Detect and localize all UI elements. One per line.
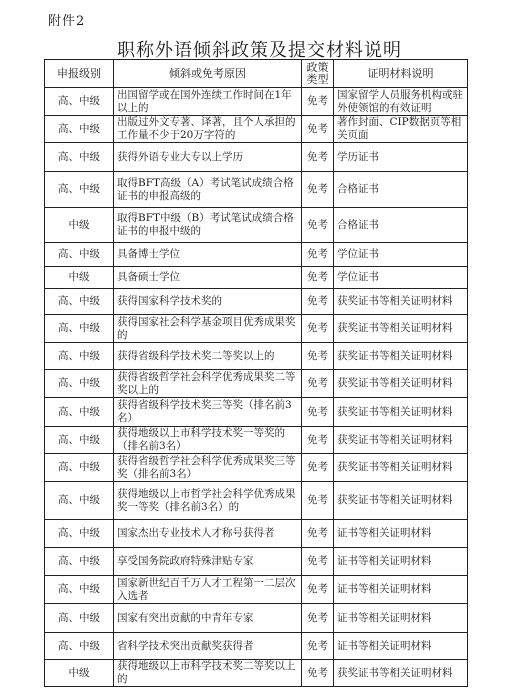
row-reason: 获得省级科学技术奖二等奖以上的 bbox=[114, 343, 302, 370]
row-proof: 证书等相关证明材料 bbox=[334, 520, 468, 548]
row-reason: 获得国家科学技术奖的 bbox=[114, 289, 302, 315]
row-reason: 获得省级科学技术奖三等奖（排名前3名） bbox=[114, 398, 302, 427]
row-proof: 获奖证书等相关证明材料 bbox=[334, 398, 468, 427]
header-type-line2: 类型 bbox=[302, 74, 333, 86]
table-row: 高、中级获得省级科学技术奖三等奖（排名前3名）免考获奖证书等相关证明材料 bbox=[45, 398, 468, 427]
row-level: 高、中级 bbox=[45, 576, 114, 604]
row-policy-type: 免考 bbox=[302, 172, 334, 208]
table-row: 高、中级获得地级以上市科学技术奖一等奖的（排名前3名）免考获奖证书等相关证明材料 bbox=[45, 427, 468, 454]
row-proof: 证书等相关证明材料 bbox=[334, 604, 468, 633]
table-row: 高、中级省科学技术突出贡献奖获得者免考证书等相关证明材料 bbox=[45, 633, 468, 660]
row-proof: 学位证书 bbox=[334, 243, 468, 267]
row-policy-type: 免考 bbox=[302, 267, 334, 289]
header-type-line1: 政策 bbox=[302, 62, 333, 74]
row-reason: 获得省级哲学社会科学优秀成果奖三等奖（排名前3名） bbox=[114, 454, 302, 482]
row-level: 高、中级 bbox=[45, 143, 114, 172]
row-proof: 证书等相关证明材料 bbox=[334, 576, 468, 604]
table-row: 高、中级国家有突出贡献的中青年专家免考证书等相关证明材料 bbox=[45, 604, 468, 633]
table-row: 高、中级获得地级以上市哲学社会科学优秀成果奖一等奖（排名前3名）的免考获奖证书等… bbox=[45, 482, 468, 520]
table-row: 高、中级取得BFT高级（A）考试笔试成绩合格证书的申报高级的免考合格证书 bbox=[45, 172, 468, 208]
row-policy-type: 免考 bbox=[302, 482, 334, 520]
row-policy-type: 免考 bbox=[302, 520, 334, 548]
row-proof: 获奖证书等相关证明材料 bbox=[334, 660, 468, 687]
row-reason: 省科学技术突出贡献奖获得者 bbox=[114, 633, 302, 660]
row-reason: 具备硕士学位 bbox=[114, 267, 302, 289]
header-level: 申报级别 bbox=[45, 60, 114, 88]
row-level: 高、中级 bbox=[45, 116, 114, 143]
row-policy-type: 免考 bbox=[302, 88, 334, 116]
header-reason: 倾斜或免考原因 bbox=[114, 60, 302, 88]
row-level: 高、中级 bbox=[45, 172, 114, 208]
row-level: 高、中级 bbox=[45, 633, 114, 660]
row-reason: 获得国家社会科学基金项目优秀成果奖的 bbox=[114, 315, 302, 343]
table-row: 中级获得地级以上市科学技术奖二等奖以上的免考获奖证书等相关证明材料 bbox=[45, 660, 468, 687]
attachment-label: 附件2 bbox=[48, 10, 85, 29]
row-level: 高、中级 bbox=[45, 520, 114, 548]
row-policy-type: 免考 bbox=[302, 576, 334, 604]
row-reason: 出国留学或在国外连续工作时间在1年以上的 bbox=[114, 88, 302, 116]
row-level: 中级 bbox=[45, 208, 114, 243]
row-level: 高、中级 bbox=[45, 289, 114, 315]
row-proof: 合格证书 bbox=[334, 172, 468, 208]
table-row: 中级具备硕士学位免考学位证书 bbox=[45, 267, 468, 289]
row-reason: 国家新世纪百千万人才工程第一二层次入选者 bbox=[114, 576, 302, 604]
table-row: 高、中级获得国家社会科学基金项目优秀成果奖的免考获奖证书等相关证明材料 bbox=[45, 315, 468, 343]
row-reason: 获得外语专业大专以上学历 bbox=[114, 143, 302, 172]
table-row: 高、中级享受国务院政府特殊津贴专家免考证书等相关证明材料 bbox=[45, 548, 468, 576]
row-reason: 获得地级以上市科学技术奖二等奖以上的 bbox=[114, 660, 302, 687]
table-row: 高、中级出国留学或在国外连续工作时间在1年以上的免考国家留学人员服务机构或驻外使… bbox=[45, 88, 468, 116]
row-reason: 获得地级以上市哲学社会科学优秀成果奖一等奖（排名前3名）的 bbox=[114, 482, 302, 520]
row-reason: 出版过外文专著、译著，且个人承担的工作量不少于20万字符的 bbox=[114, 116, 302, 143]
row-proof: 获奖证书等相关证明材料 bbox=[334, 427, 468, 454]
row-level: 高、中级 bbox=[45, 315, 114, 343]
row-level: 高、中级 bbox=[45, 88, 114, 116]
row-level: 高、中级 bbox=[45, 398, 114, 427]
table-row: 高、中级国家新世纪百千万人才工程第一二层次入选者免考证书等相关证明材料 bbox=[45, 576, 468, 604]
row-policy-type: 免考 bbox=[302, 243, 334, 267]
table-row: 高、中级出版过外文专著、译著，且个人承担的工作量不少于20万字符的免考著作封面、… bbox=[45, 116, 468, 143]
table-row: 高、中级获得外语专业大专以上学历免考学历证书 bbox=[45, 143, 468, 172]
row-policy-type: 免考 bbox=[302, 398, 334, 427]
row-level: 中级 bbox=[45, 267, 114, 289]
row-reason: 取得BFT中级（B）考试笔试成绩合格证书的申报中级的 bbox=[114, 208, 302, 243]
row-policy-type: 免考 bbox=[302, 315, 334, 343]
row-proof: 学位证书 bbox=[334, 267, 468, 289]
row-level: 高、中级 bbox=[45, 427, 114, 454]
row-proof: 获奖证书等相关证明材料 bbox=[334, 482, 468, 520]
table-row: 高、中级获得省级哲学社会科学优秀成果奖三等奖（排名前3名）免考获奖证书等相关证明… bbox=[45, 454, 468, 482]
row-proof: 证书等相关证明材料 bbox=[334, 633, 468, 660]
row-reason: 取得BFT高级（A）考试笔试成绩合格证书的申报高级的 bbox=[114, 172, 302, 208]
row-level: 高、中级 bbox=[45, 482, 114, 520]
row-level: 高、中级 bbox=[45, 243, 114, 267]
row-level: 高、中级 bbox=[45, 343, 114, 370]
row-level: 中级 bbox=[45, 660, 114, 687]
row-proof: 证书等相关证明材料 bbox=[334, 548, 468, 576]
row-reason: 国家杰出专业技术人才称号获得者 bbox=[114, 520, 302, 548]
table-body: 高、中级出国留学或在国外连续工作时间在1年以上的免考国家留学人员服务机构或驻外使… bbox=[45, 88, 468, 687]
row-reason: 获得省级哲学社会科学优秀成果奖二等奖以上的 bbox=[114, 370, 302, 398]
row-policy-type: 免考 bbox=[302, 143, 334, 172]
row-proof: 合格证书 bbox=[334, 208, 468, 243]
table-row: 高、中级获得国家科学技术奖的免考获奖证书等相关证明材料 bbox=[45, 289, 468, 315]
row-proof: 获奖证书等相关证明材料 bbox=[334, 370, 468, 398]
row-proof: 国家留学人员服务机构或驻外使领馆的有效证明 bbox=[334, 88, 468, 116]
row-policy-type: 免考 bbox=[302, 633, 334, 660]
header-type: 政策 类型 bbox=[302, 60, 334, 88]
row-policy-type: 免考 bbox=[302, 208, 334, 243]
row-level: 高、中级 bbox=[45, 370, 114, 398]
row-level: 高、中级 bbox=[45, 454, 114, 482]
row-policy-type: 免考 bbox=[302, 548, 334, 576]
row-policy-type: 免考 bbox=[302, 454, 334, 482]
row-proof: 获奖证书等相关证明材料 bbox=[334, 454, 468, 482]
row-reason: 享受国务院政府特殊津贴专家 bbox=[114, 548, 302, 576]
row-policy-type: 免考 bbox=[302, 343, 334, 370]
row-reason: 国家有突出贡献的中青年专家 bbox=[114, 604, 302, 633]
row-policy-type: 免考 bbox=[302, 116, 334, 143]
table-row: 高、中级获得省级哲学社会科学优秀成果奖二等奖以上的免考获奖证书等相关证明材料 bbox=[45, 370, 468, 398]
policy-table: 申报级别 倾斜或免考原因 政策 类型 证明材料说明 高、中级出国留学或在国外连续… bbox=[44, 59, 468, 687]
table-row: 高、中级国家杰出专业技术人才称号获得者免考证书等相关证明材料 bbox=[45, 520, 468, 548]
table-row: 高、中级具备博士学位免考学位证书 bbox=[45, 243, 468, 267]
header-proof: 证明材料说明 bbox=[334, 60, 468, 88]
row-proof: 著作封面、CIP数据页等相关页面 bbox=[334, 116, 468, 143]
row-proof: 获奖证书等相关证明材料 bbox=[334, 315, 468, 343]
row-policy-type: 免考 bbox=[302, 660, 334, 687]
table-row: 中级取得BFT中级（B）考试笔试成绩合格证书的申报中级的免考合格证书 bbox=[45, 208, 468, 243]
row-policy-type: 免考 bbox=[302, 604, 334, 633]
row-proof: 获奖证书等相关证明材料 bbox=[334, 343, 468, 370]
row-proof: 获奖证书等相关证明材料 bbox=[334, 289, 468, 315]
row-policy-type: 免考 bbox=[302, 370, 334, 398]
row-proof: 学历证书 bbox=[334, 143, 468, 172]
table-header-row: 申报级别 倾斜或免考原因 政策 类型 证明材料说明 bbox=[45, 60, 468, 88]
row-level: 高、中级 bbox=[45, 604, 114, 633]
row-reason: 具备博士学位 bbox=[114, 243, 302, 267]
table-row: 高、中级获得省级科学技术奖二等奖以上的免考获奖证书等相关证明材料 bbox=[45, 343, 468, 370]
row-policy-type: 免考 bbox=[302, 427, 334, 454]
row-reason: 获得地级以上市科学技术奖一等奖的（排名前3名） bbox=[114, 427, 302, 454]
row-policy-type: 免考 bbox=[302, 289, 334, 315]
row-level: 高、中级 bbox=[45, 548, 114, 576]
